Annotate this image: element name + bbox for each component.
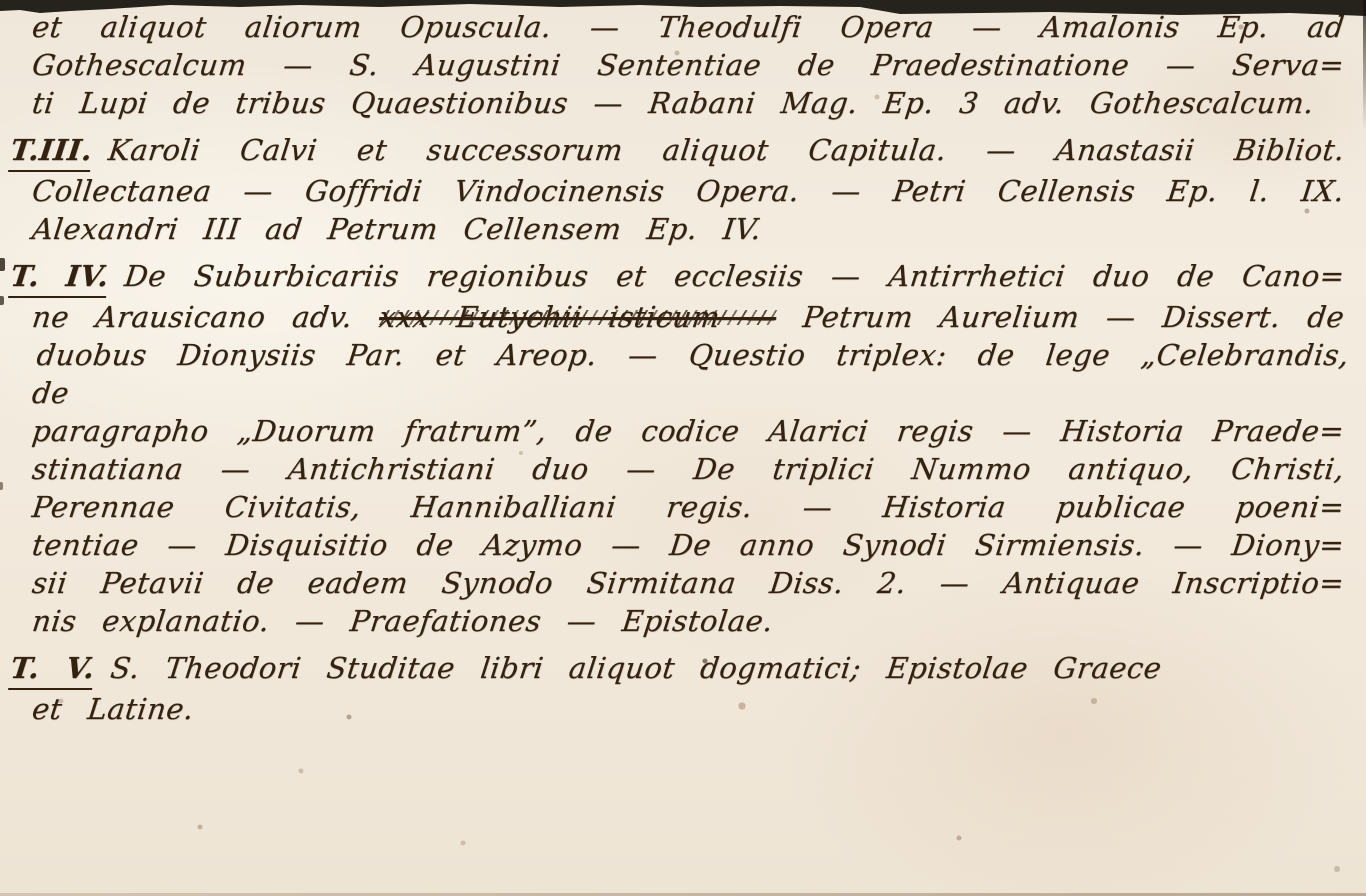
manuscript-line: paragrapho „Duorum fratrum”, de codice A…: [30, 412, 1347, 450]
manuscript-line: ti Lupi de tribus Quaestionibus — Rabani…: [30, 84, 1347, 122]
manuscript-page: et aliquot aliorum Opuscula. — Theodulfi…: [0, 0, 1366, 896]
manuscript-line: ne Arausicano adv. xxx Eutychii isticum …: [30, 298, 1347, 336]
paper-specks: [0, 0, 2, 2]
manuscript-line: Perennae Civitatis, Hanniballiani regis.…: [30, 488, 1347, 526]
manuscript-line: T.III.Karoli Calvi et successorum aliquo…: [30, 131, 1347, 172]
catalog-section-tome-4: T. IV.De Suburbicariis regionibus et ecc…: [30, 257, 1342, 640]
struck-text: xxx Eutychii isticum —: [377, 300, 778, 334]
manuscript-line: Gothescalcum — S. Augustini Sententiae d…: [30, 46, 1347, 84]
tome-label: T. IV.: [8, 257, 111, 298]
manuscript-line: nis explanatio. — Praefationes — Epistol…: [30, 602, 1347, 640]
manuscript-line: Collectanea — Goffridi Vindocinensis Ope…: [30, 172, 1347, 210]
manuscript-line: Alexandri III ad Petrum Cellensem Ep. IV…: [30, 210, 1347, 248]
manuscript-line: et aliquot aliorum Opuscula. — Theodulfi…: [30, 8, 1347, 46]
left-margin-ink-mark: [0, 258, 5, 271]
left-margin-ink-mark: [0, 296, 4, 305]
manuscript-line: sii Petavii de eadem Synodo Sirmitana Di…: [30, 564, 1347, 602]
line-text: Karoli Calvi et successorum aliquot Capi…: [106, 133, 1346, 167]
manuscript-line: duobus Dionysiis Par. et Areop. — Questi…: [30, 336, 1351, 412]
catalog-section-tome-3: T.III.Karoli Calvi et successorum aliquo…: [30, 131, 1342, 248]
catalog-section-continuation: et aliquot aliorum Opuscula. — Theodulfi…: [30, 8, 1342, 122]
manuscript-line: T. IV.De Suburbicariis regionibus et ecc…: [30, 257, 1347, 298]
line-text: De Suburbicariis regionibus et ecclesiis…: [123, 259, 1347, 293]
manuscript-line: et Latine.: [30, 690, 1347, 728]
manuscript-line: T. V.S. Theodori Studitae libri aliquot …: [30, 649, 1347, 690]
manuscript-line: tentiae — Disquisitio de Azymo — De anno…: [30, 526, 1347, 564]
left-margin-ink-mark: [0, 482, 3, 490]
manuscript-line: stinatiana — Antichristiani duo — De tri…: [30, 450, 1347, 488]
catalog-section-tome-5: T. V.S. Theodori Studitae libri aliquot …: [30, 649, 1342, 728]
line-text: ne Arausicano adv.: [30, 300, 381, 334]
line-text: S. Theodori Studitae libri aliquot dogma…: [109, 651, 1164, 685]
manuscript-text: et aliquot aliorum Opuscula. — Theodulfi…: [30, 8, 1342, 737]
tome-label: T. V.: [8, 649, 97, 690]
line-text: Petrum Aurelium — Dissert. de: [774, 300, 1346, 334]
tome-label: T.III.: [8, 131, 95, 172]
